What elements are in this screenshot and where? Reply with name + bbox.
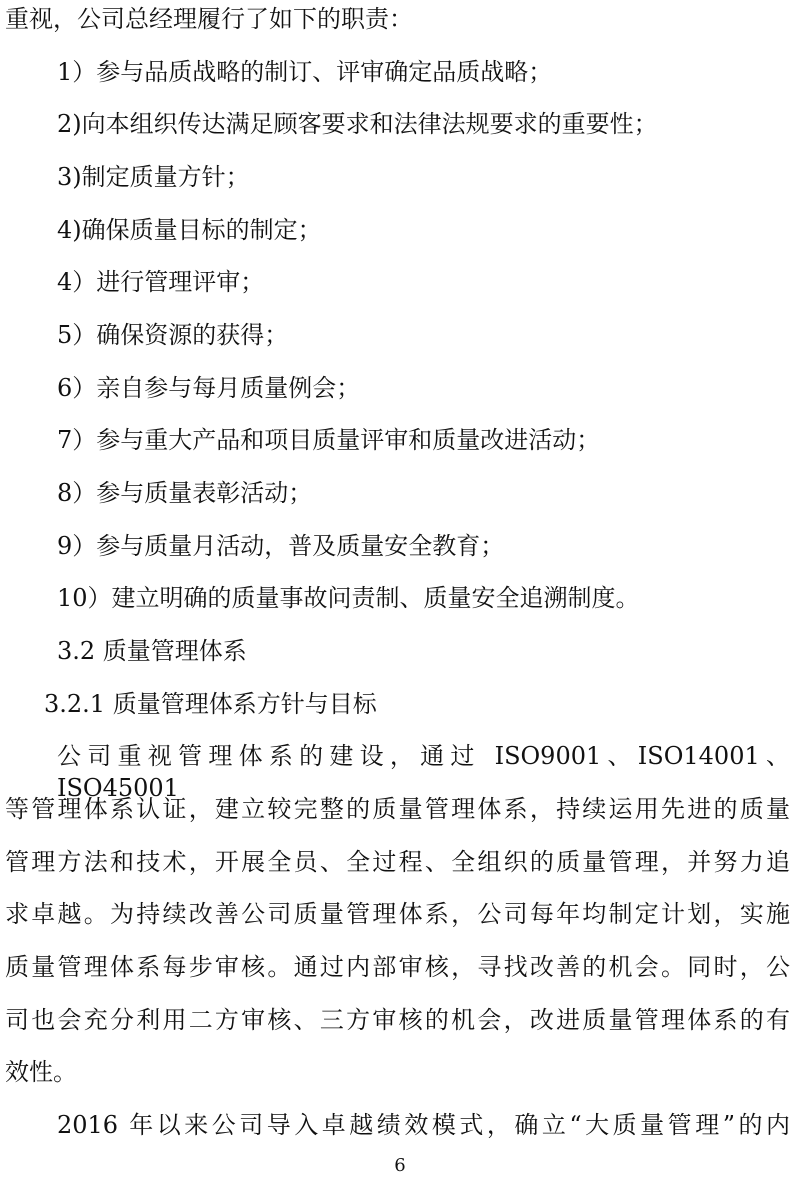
list-item: 2)向本组织传达满足顾客要求和法律法规要求的重要性； bbox=[57, 108, 658, 140]
subsection-heading: 3.2.1 质量管理体系方针与目标 bbox=[44, 688, 377, 720]
list-item: 6）亲自参与每月质量例会； bbox=[57, 372, 360, 404]
list-item: 3)制定质量方针； bbox=[57, 161, 250, 193]
list-item: 10）建立明确的质量事故问责制、质量安全追溯制度。 bbox=[57, 582, 640, 614]
paragraph-line: 司也会充分利用二方审核、三方审核的机会，改进质量管理体系的有 bbox=[5, 1004, 790, 1036]
list-item: 9）参与质量月活动，普及质量安全教育； bbox=[57, 530, 504, 562]
list-item: 8）参与质量表彰活动； bbox=[57, 477, 312, 509]
list-item: 7）参与重大产品和项目质量评审和质量改进活动； bbox=[57, 424, 600, 456]
intro-line: 重视，公司总经理履行了如下的职责： bbox=[5, 3, 413, 35]
list-item: 4）进行管理评审； bbox=[57, 266, 264, 298]
section-heading: 3.2 质量管理体系 bbox=[57, 635, 247, 667]
list-item: 1）参与品质战略的制订、评审确定品质战略； bbox=[57, 56, 552, 88]
paragraph-line: 效性。 bbox=[5, 1056, 77, 1088]
paragraph-line: 等管理体系认证，建立较完整的质量管理体系，持续运用先进的质量 bbox=[5, 793, 790, 825]
page-number: 6 bbox=[0, 1154, 800, 1178]
paragraph-line: 求卓越。为持续改善公司质量管理体系，公司每年均制定计划，实施 bbox=[5, 898, 790, 930]
list-item: 4)确保质量目标的制定； bbox=[57, 214, 322, 246]
paragraph-line: 管理方法和技术，开展全员、全过程、全组织的质量管理，并努力追 bbox=[5, 846, 790, 878]
paragraph-line: 质量管理体系每步审核。通过内部审核，寻找改善的机会。同时，公 bbox=[5, 951, 790, 983]
list-item: 5）确保资源的获得； bbox=[57, 319, 288, 351]
paragraph-line: 2016 年以来公司导入卓越绩效模式，确立“大质量管理”的内 bbox=[57, 1109, 790, 1141]
paragraph-line: 公司重视管理体系的建设，通过 ISO9001、ISO14001、ISO45001 bbox=[57, 740, 790, 772]
